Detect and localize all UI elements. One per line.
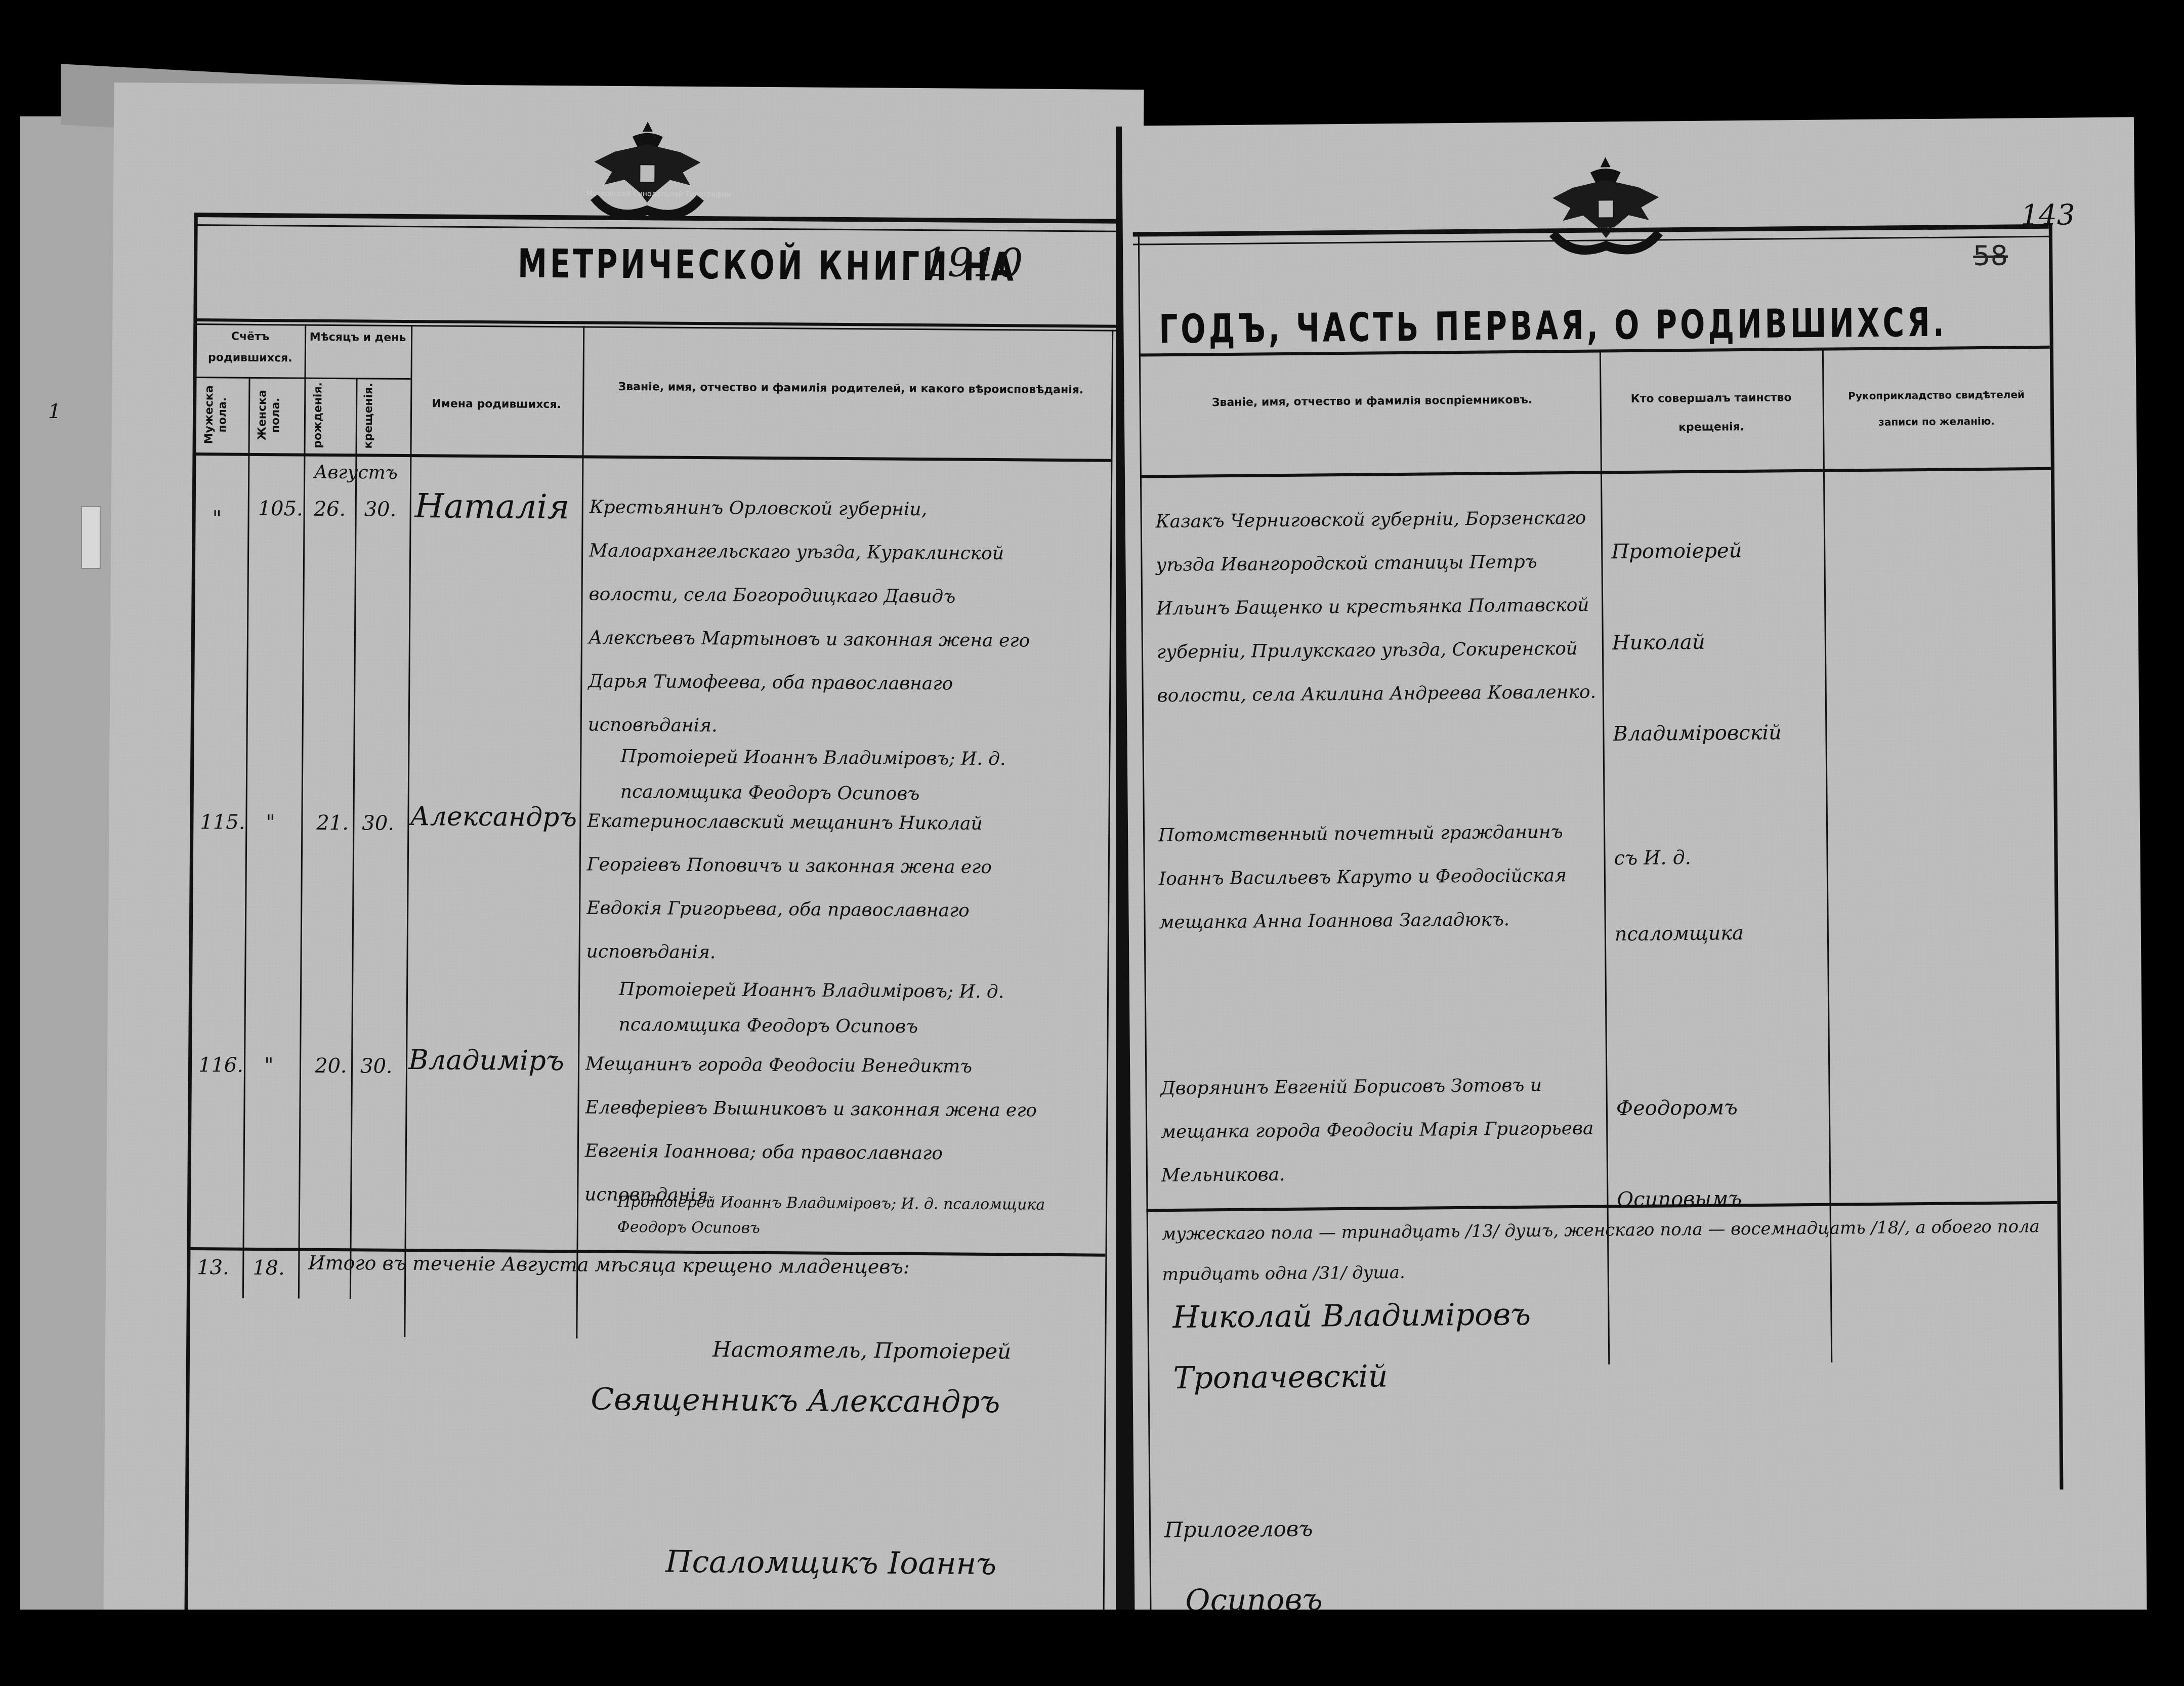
parents-text: Екатеринославский мещанинъ Николай Георг… xyxy=(586,799,1058,976)
header-male: Мужеска пола. xyxy=(203,382,244,448)
header-officiant: Кто совершалъ таинство крещенія. xyxy=(1610,383,1813,443)
margin-mark: 1 xyxy=(48,400,61,423)
header-count: Счётъ родившихся. xyxy=(196,326,305,369)
male-no: 116. xyxy=(198,1055,243,1076)
header-rule xyxy=(194,213,1120,232)
right-page: Московской Синодальной Типографии ГОДЪ, … xyxy=(1122,117,2147,1649)
header-female: Женска пола. xyxy=(256,382,297,448)
emblem-ribbon-text: Московской Синодальной Типографии xyxy=(586,189,731,198)
godparents-text: Потомственный почетный гражданинъ Іоаннъ… xyxy=(1158,810,1615,944)
header-bottom-rule xyxy=(1140,467,2051,478)
table-row: 116. " 20. 30. Владиміръ Мещанинъ города… xyxy=(114,83,1144,90)
male-total: 13. xyxy=(197,1257,229,1278)
signature-psalmist: Псаломщикъ Іоаннъ xyxy=(665,1544,996,1582)
godparents-text: Казакъ Черниговской губерніи, Борзенскаг… xyxy=(1155,496,1613,718)
parents-text: Крестьянинъ Орловской губерніи, Малоарха… xyxy=(587,486,1060,750)
godparents-text: Дворянинъ Евгеній Борисовъ Зотовъ и меща… xyxy=(1160,1063,1617,1198)
female-no: " xyxy=(264,1055,274,1076)
header-birth: рожденія. xyxy=(312,383,350,449)
female-no: 105. xyxy=(258,499,303,519)
imperial-eagle-emblem-icon xyxy=(584,116,711,223)
imperial-eagle-emblem-icon xyxy=(1542,151,1669,259)
signature-prilogelov: Прилогеловъ xyxy=(1164,1516,1313,1543)
clergy-note: Протоіерей Иоаннъ Владиміровъ; И. д. пса… xyxy=(618,972,1064,1046)
officiant-text: съ И. д. псаломщика xyxy=(1614,818,1818,972)
baptism-day: 30. xyxy=(362,813,394,833)
table-row: Казакъ Черниговской губерніи, Борзенскаг… xyxy=(1122,117,2134,126)
birth-day: 20. xyxy=(315,1056,347,1076)
female-no: " xyxy=(266,812,275,833)
col-line xyxy=(576,326,584,1338)
frame-left xyxy=(184,213,198,1630)
header-godparents: Званіе, имя, отчество и фамилія воспріем… xyxy=(1154,385,1589,418)
frame-left xyxy=(1138,232,1152,1649)
baptism-day: 30. xyxy=(364,499,397,519)
male-no: " xyxy=(212,508,222,528)
printed-page-number: 58 xyxy=(1973,240,2008,272)
birth-day: 26. xyxy=(314,499,346,519)
signature-rector: Настоятель, Протоіерей xyxy=(712,1337,1011,1364)
header-bottom-rule xyxy=(195,453,1111,462)
baptism-day: 30. xyxy=(360,1056,393,1076)
left-page: Московской Синодальной Типографии МЕТРИЧ… xyxy=(103,83,1144,1623)
child-name: Владиміръ xyxy=(408,1046,564,1075)
signature-tropachevsky: Тропачевскій xyxy=(1173,1359,1388,1396)
clergy-note: Протоіерей Иоаннъ Владиміровъ; И. д. пса… xyxy=(617,1189,1063,1243)
child-name: Александръ xyxy=(410,803,577,831)
signature-nikolai: Николай Владиміровъ xyxy=(1172,1297,1531,1335)
header-baptism: крещенія. xyxy=(362,383,403,449)
month-marker: Августъ xyxy=(314,464,398,482)
frame-right xyxy=(2049,224,2064,1490)
col-line xyxy=(298,324,306,1299)
child-name: Наталія xyxy=(415,489,570,524)
table-row: 115. " 21. 30. Александръ Екатеринославс… xyxy=(114,83,1144,90)
male-no: 115. xyxy=(200,812,245,833)
col-line xyxy=(350,378,358,1299)
page-title: ГОДЪ, ЧАСТЬ ПЕРВАЯ, О РОДИВШИХСЯ. xyxy=(1159,299,1947,352)
subheader-rule xyxy=(196,377,411,380)
col-line xyxy=(1103,330,1113,1646)
header-witnesses: Рукоприкладство свидѣтелей записи по жел… xyxy=(1832,381,2040,436)
female-total: 18. xyxy=(253,1258,285,1278)
summary-text: Итого въ теченіе Августа мѣсяца крещено … xyxy=(308,1253,910,1277)
tape-fragment xyxy=(81,506,101,569)
signature-priest: Священникъ Александръ xyxy=(591,1382,1000,1420)
table-row: " 105. 26. 30. Наталія Крестьянинъ Орлов… xyxy=(114,83,1144,90)
col-line xyxy=(242,377,250,1298)
officiant-text: Протоіерей Николай Владиміровскій xyxy=(1611,505,1816,779)
table-row: Потомственный почетный гражданинъ Іоаннъ… xyxy=(1122,117,2134,126)
birth-day: 21. xyxy=(316,813,349,833)
table-row: Дворянинъ Евгеній Борисовъ Зотовъ и меща… xyxy=(1122,117,2134,126)
header-month-day: Мѣсяцъ и день xyxy=(305,327,411,349)
year-handwritten: 1910 xyxy=(922,240,1023,286)
scan-background xyxy=(0,1610,2184,1686)
header-parents: Званіе, имя, отчество и фамилія родителе… xyxy=(598,369,1104,408)
header-names: Имена родившихся. xyxy=(413,393,580,416)
handwritten-page-number: 143 xyxy=(2021,198,2075,232)
summary-continuation: мужескаго пола — тринадцать /13/ душъ, ж… xyxy=(1162,1206,2053,1295)
